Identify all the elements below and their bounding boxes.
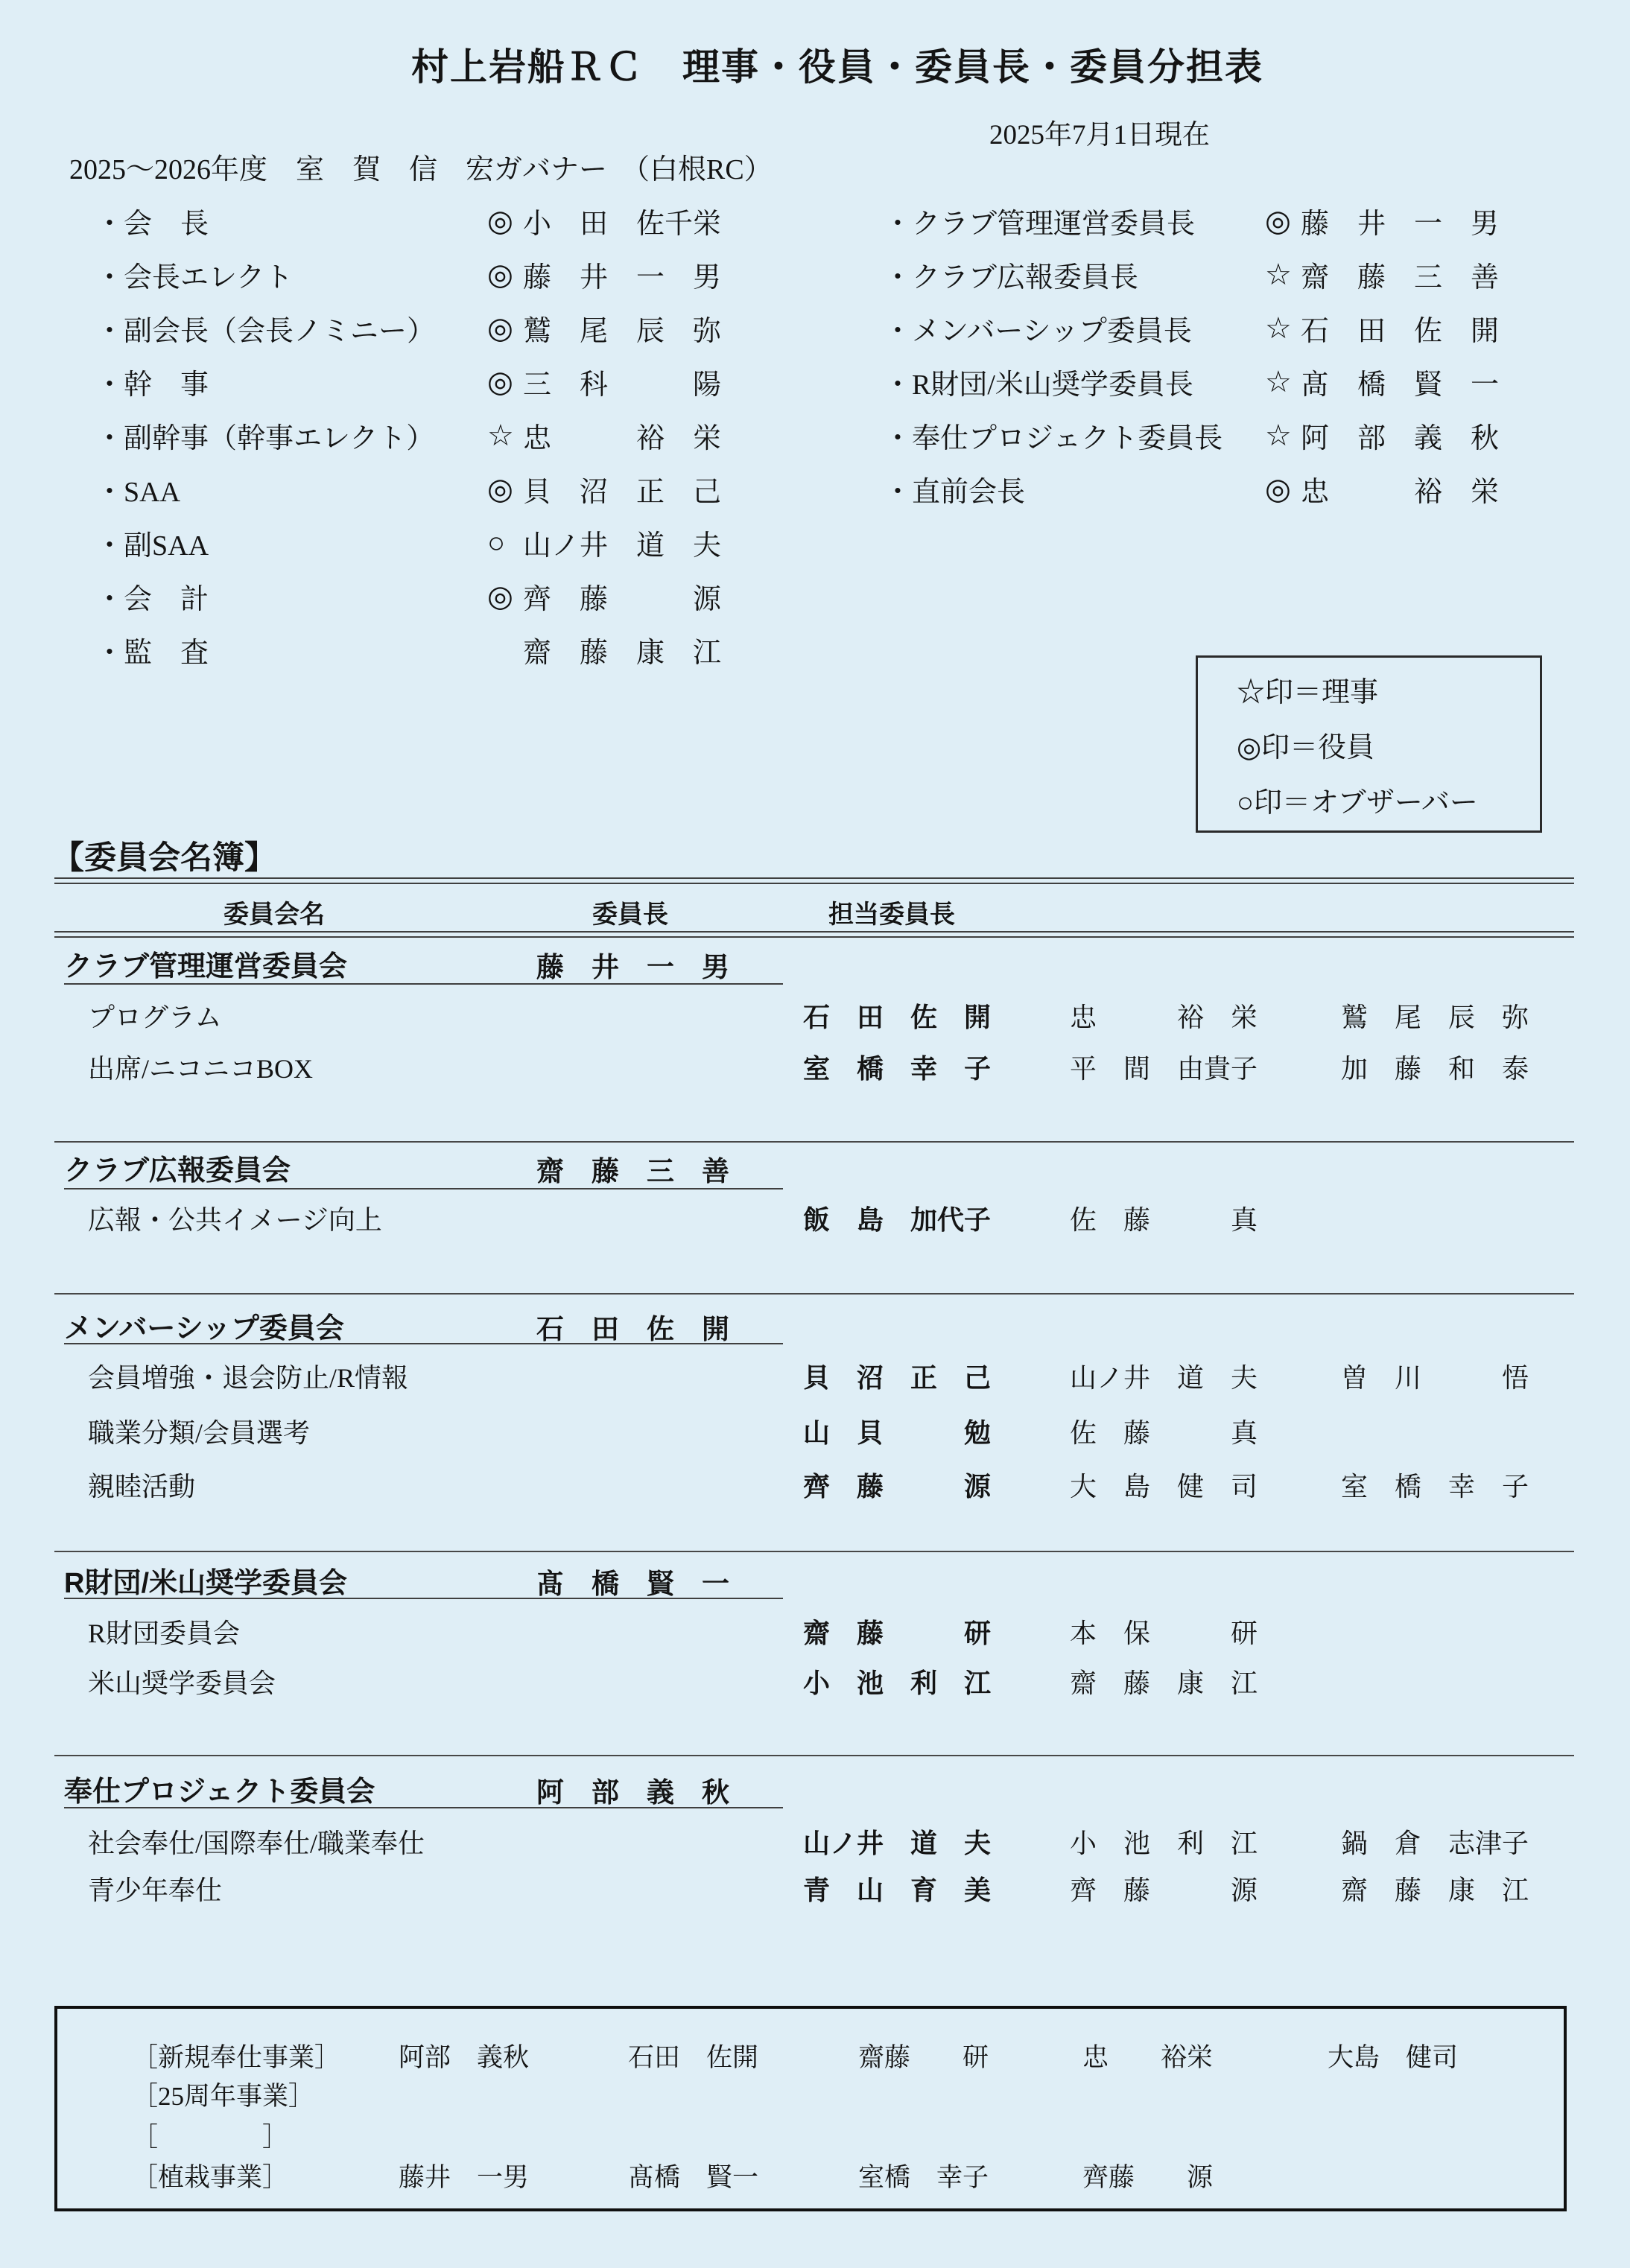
section-separator bbox=[54, 1551, 1574, 1552]
activity-label: 社会奉仕/国際奉仕/職業奉仕 bbox=[88, 1823, 425, 1861]
activity-label: 職業分類/会員選考 bbox=[88, 1412, 310, 1450]
committee-name: 奉仕プロジェクト委員会 bbox=[64, 1768, 375, 1809]
chair-row: ・メンバーシップ委員長☆石 田 佐 開 bbox=[884, 301, 1499, 355]
member-name: 飯 島 加代子 bbox=[803, 1199, 991, 1237]
member-name: 青 山 育 美 bbox=[803, 1870, 991, 1908]
member-name: 石 田 佐 開 bbox=[803, 997, 991, 1035]
committee-chair: 藤 井 一 男 bbox=[536, 944, 729, 985]
officer-title: ・幹 事 bbox=[95, 361, 487, 402]
officer-title: ・副会長（会長ノミニー） bbox=[95, 308, 487, 349]
chair-name: 阿 部 義 秋 bbox=[1301, 415, 1499, 456]
member-name: 齊 藤 源 bbox=[1070, 1870, 1258, 1908]
committee-chairs-list: ・クラブ管理運営委員長◎藤 井 一 男 ・クラブ広報委員長☆齋 藤 三 善 ・メ… bbox=[884, 194, 1499, 515]
column-header-committee: 委員会名 bbox=[223, 894, 325, 930]
member-name: 齊 藤 源 bbox=[803, 1466, 991, 1504]
officer-row: ・副幹事（幹事エレクト）☆忠 裕 栄 bbox=[95, 408, 721, 462]
project-row: ［25周年事業］ bbox=[57, 2076, 1564, 2110]
committee-name: クラブ広報委員会 bbox=[64, 1147, 291, 1188]
committee-chair: 石 田 佐 開 bbox=[536, 1306, 729, 1347]
rank-mark: ☆ bbox=[487, 418, 523, 453]
member-name: 山ノ井 道 夫 bbox=[1070, 1357, 1258, 1395]
table-row: 米山奨学委員会 小 池 利 江 齋 藤 康 江 bbox=[0, 1662, 1630, 1697]
project-row: ［ ］ bbox=[57, 2117, 1564, 2151]
roster-heading: 【委員会名簿】 bbox=[52, 833, 276, 878]
project-member: 齋藤 研 bbox=[858, 2037, 989, 2074]
committee-rule bbox=[64, 1188, 783, 1189]
officer-row: ・会 長◎小 田 佐千栄 bbox=[95, 194, 721, 247]
document-page: 村上岩船ＲＣ 理事・役員・委員長・委員分担表 2025年7月1日現在 2025～… bbox=[0, 0, 1630, 2268]
project-member: 大島 健司 bbox=[1328, 2037, 1458, 2074]
table-row: 職業分類/会員選考 山 貝 勉 佐 藤 真 bbox=[0, 1412, 1630, 1446]
activity-label: R財団委員会 bbox=[88, 1613, 240, 1651]
chair-row: ・クラブ管理運営委員長◎藤 井 一 男 bbox=[884, 194, 1499, 247]
officer-name: 小 田 佐千栄 bbox=[523, 200, 721, 241]
committee-rule bbox=[64, 1598, 783, 1599]
project-member: 石田 佐開 bbox=[628, 2037, 758, 2074]
activity-label: 広報・公共イメージ向上 bbox=[88, 1199, 382, 1237]
member-name: 小 池 利 江 bbox=[803, 1662, 991, 1700]
rank-mark: ◎ bbox=[487, 471, 523, 506]
chair-title: ・R財団/米山奨学委員長 bbox=[884, 361, 1265, 402]
member-name: 佐 藤 真 bbox=[1070, 1199, 1258, 1237]
rank-mark: ☆ bbox=[1265, 311, 1301, 346]
rank-mark: ◎ bbox=[487, 311, 523, 346]
table-row: 広報・公共イメージ向上 飯 島 加代子 佐 藤 真 bbox=[0, 1199, 1630, 1233]
project-member: 藤井 一男 bbox=[399, 2157, 529, 2194]
member-name: 本 保 研 bbox=[1070, 1613, 1258, 1651]
member-name: 齋 藤 研 bbox=[803, 1613, 991, 1651]
section-separator bbox=[54, 1293, 1574, 1295]
officer-title: ・会長エレクト bbox=[95, 254, 487, 295]
chair-title: ・クラブ広報委員長 bbox=[884, 254, 1265, 295]
officer-title: ・SAA bbox=[95, 468, 487, 509]
rank-mark: ◎ bbox=[1265, 203, 1301, 238]
special-projects-box: ［新規奉仕事業］ 阿部 義秋 石田 佐開 齋藤 研 忠 裕栄 大島 健司 ［25… bbox=[54, 2006, 1567, 2211]
committee-name: メンバーシップ委員会 bbox=[64, 1305, 344, 1346]
project-member: 忠 裕栄 bbox=[1082, 2037, 1213, 2074]
activity-label: 親睦活動 bbox=[88, 1466, 195, 1504]
chair-title: ・直前会長 bbox=[884, 468, 1265, 509]
table-header-rule bbox=[54, 931, 1574, 938]
chair-row: ・直前会長◎忠 裕 栄 bbox=[884, 462, 1499, 515]
chair-title: ・奉仕プロジェクト委員長 bbox=[884, 415, 1265, 456]
chair-name: 髙 橋 賢 一 bbox=[1301, 361, 1499, 402]
legend-item: ☆印＝理事 bbox=[1237, 665, 1540, 720]
table-row: R財団委員会 齋 藤 研 本 保 研 bbox=[0, 1613, 1630, 1647]
officer-row: ・副SAA○山ノ井 道 夫 bbox=[95, 515, 721, 569]
member-name: 大 島 健 司 bbox=[1070, 1466, 1258, 1504]
rank-mark: ☆ bbox=[1265, 257, 1301, 292]
officer-row: ・会長エレクト◎藤 井 一 男 bbox=[95, 247, 721, 301]
committee-chair: 髙 橋 賢 一 bbox=[536, 1561, 729, 1601]
officer-row: ・副会長（会長ノミニー）◎鷲 尾 辰 弥 bbox=[95, 301, 721, 355]
officers-list: ・会 長◎小 田 佐千栄 ・会長エレクト◎藤 井 一 男 ・副会長（会長ノミニー… bbox=[95, 194, 721, 676]
legend-box: ☆印＝理事 ◎印＝役員 ○印＝オブザーバー bbox=[1196, 655, 1542, 833]
rank-mark: ◎ bbox=[1265, 471, 1301, 506]
officer-name: 山ノ井 道 夫 bbox=[523, 522, 721, 563]
table-row: 親睦活動 齊 藤 源 大 島 健 司 室 橋 幸 子 bbox=[0, 1466, 1630, 1500]
officer-title: ・副幹事（幹事エレクト） bbox=[95, 415, 487, 456]
column-header-assigned: 担当委員長 bbox=[828, 894, 955, 930]
committee-rule bbox=[64, 983, 783, 985]
chair-name: 石 田 佐 開 bbox=[1301, 308, 1499, 349]
chair-title: ・クラブ管理運営委員長 bbox=[884, 200, 1265, 241]
page-title: 村上岩船ＲＣ 理事・役員・委員長・委員分担表 bbox=[411, 37, 1263, 91]
activity-label: プログラム bbox=[88, 997, 222, 1035]
column-header-chair: 委員長 bbox=[592, 894, 668, 930]
table-row: 出席/ニコニコBOX 室 橋 幸 子 平 間 由貴子 加 藤 和 泰 bbox=[0, 1048, 1630, 1082]
table-row: プログラム 石 田 佐 開 忠 裕 栄 鷲 尾 辰 弥 bbox=[0, 997, 1630, 1031]
officer-name: 藤 井 一 男 bbox=[523, 254, 721, 295]
chair-name: 齋 藤 三 善 bbox=[1301, 254, 1499, 295]
legend-item: ◎印＝役員 bbox=[1237, 720, 1540, 775]
member-name: 鍋 倉 志津子 bbox=[1341, 1823, 1529, 1861]
member-name: 齋 藤 康 江 bbox=[1070, 1662, 1258, 1700]
member-name: 山 貝 勉 bbox=[803, 1412, 991, 1450]
officer-name: 三 科 陽 bbox=[523, 361, 721, 402]
table-row: 社会奉仕/国際奉仕/職業奉仕 山ノ井 道 夫 小 池 利 江 鍋 倉 志津子 bbox=[0, 1823, 1630, 1857]
legend-item: ○印＝オブザーバー bbox=[1237, 775, 1540, 830]
project-member: 髙橋 賢一 bbox=[628, 2157, 758, 2194]
governor-line: 2025～2026年度 室 賀 信 宏ガバナー （白根RC） bbox=[69, 146, 773, 187]
rank-mark: ◎ bbox=[487, 364, 523, 399]
committee-chair: 齋 藤 三 善 bbox=[536, 1149, 729, 1189]
member-name: 忠 裕 栄 bbox=[1070, 997, 1258, 1035]
member-name: 曽 川 悟 bbox=[1341, 1357, 1529, 1395]
chair-name: 藤 井 一 男 bbox=[1301, 200, 1499, 241]
rank-mark: ◎ bbox=[487, 257, 523, 292]
officer-title: ・会 計 bbox=[95, 576, 487, 617]
activity-label: 米山奨学委員会 bbox=[88, 1662, 276, 1700]
chair-row: ・奉仕プロジェクト委員長☆阿 部 義 秋 bbox=[884, 408, 1499, 462]
rank-mark: ◎ bbox=[487, 203, 523, 238]
officer-row: ・監 査齋 藤 康 江 bbox=[95, 623, 721, 676]
rank-mark: ◎ bbox=[487, 579, 523, 614]
section-separator bbox=[54, 1755, 1574, 1756]
member-name: 室 橋 幸 子 bbox=[1341, 1466, 1529, 1504]
activity-label: 出席/ニコニコBOX bbox=[88, 1048, 313, 1086]
member-name: 鷲 尾 辰 弥 bbox=[1341, 997, 1529, 1035]
member-name: 小 池 利 江 bbox=[1070, 1823, 1258, 1861]
project-row: ［植栽事業］ 藤井 一男 髙橋 賢一 室橋 幸子 齊藤 源 bbox=[57, 2157, 1564, 2191]
officer-name: 齊 藤 源 bbox=[523, 576, 721, 617]
officer-name: 鷲 尾 辰 弥 bbox=[523, 308, 721, 349]
officer-row: ・会 計◎齊 藤 源 bbox=[95, 569, 721, 623]
committee-rule bbox=[64, 1807, 783, 1808]
officer-name: 貝 沼 正 己 bbox=[523, 468, 721, 509]
officer-title: ・副SAA bbox=[95, 522, 487, 563]
member-name: 室 橋 幸 子 bbox=[803, 1048, 991, 1086]
project-label: ［新規奉仕事業］ bbox=[132, 2037, 340, 2074]
member-name: 加 藤 和 泰 bbox=[1341, 1048, 1529, 1086]
table-row: 会員増強・退会防止/R情報 貝 沼 正 己 山ノ井 道 夫 曽 川 悟 bbox=[0, 1357, 1630, 1391]
member-name: 山ノ井 道 夫 bbox=[803, 1823, 991, 1861]
officer-row: ・幹 事◎三 科 陽 bbox=[95, 355, 721, 408]
officer-title: ・会 長 bbox=[95, 200, 487, 241]
member-name: 平 間 由貴子 bbox=[1070, 1048, 1258, 1086]
rank-mark: ☆ bbox=[1265, 364, 1301, 399]
chair-row: ・R財団/米山奨学委員長☆髙 橋 賢 一 bbox=[884, 355, 1499, 408]
officer-name: 忠 裕 栄 bbox=[523, 415, 721, 456]
project-member: 齊藤 源 bbox=[1082, 2157, 1213, 2194]
chair-title: ・メンバーシップ委員長 bbox=[884, 308, 1265, 349]
chair-row: ・クラブ広報委員長☆齋 藤 三 善 bbox=[884, 247, 1499, 301]
project-member: 室橋 幸子 bbox=[858, 2157, 989, 2194]
member-name: 貝 沼 正 己 bbox=[803, 1357, 991, 1395]
member-name: 佐 藤 真 bbox=[1070, 1412, 1258, 1450]
rank-mark: ○ bbox=[487, 525, 523, 560]
section-separator bbox=[54, 1141, 1574, 1143]
project-member: 阿部 義秋 bbox=[399, 2037, 529, 2074]
officer-title: ・監 査 bbox=[95, 629, 487, 670]
project-row: ［新規奉仕事業］ 阿部 義秋 石田 佐開 齋藤 研 忠 裕栄 大島 健司 bbox=[57, 2037, 1564, 2071]
activity-label: 会員増強・退会防止/R情報 bbox=[88, 1357, 408, 1395]
committee-name: クラブ管理運営委員会 bbox=[64, 943, 347, 984]
member-name: 齋 藤 康 江 bbox=[1341, 1870, 1529, 1908]
project-label: ［ ］ bbox=[132, 2117, 288, 2154]
committee-rule bbox=[64, 1343, 783, 1344]
officer-name: 齋 藤 康 江 bbox=[523, 629, 721, 670]
table-top-rule bbox=[54, 877, 1574, 884]
activity-label: 青少年奉仕 bbox=[88, 1870, 222, 1908]
committee-name: R財団/米山奨学委員会 bbox=[64, 1560, 347, 1601]
officer-row: ・SAA◎貝 沼 正 己 bbox=[95, 462, 721, 515]
project-label: ［25周年事業］ bbox=[132, 2076, 314, 2113]
rank-mark: ☆ bbox=[1265, 418, 1301, 453]
project-label: ［植栽事業］ bbox=[132, 2157, 288, 2194]
chair-name: 忠 裕 栄 bbox=[1301, 468, 1499, 509]
table-row: 青少年奉仕 青 山 育 美 齊 藤 源 齋 藤 康 江 bbox=[0, 1870, 1630, 1904]
as-of-date: 2025年7月1日現在 bbox=[989, 112, 1210, 152]
committee-chair: 阿 部 義 秋 bbox=[536, 1770, 729, 1810]
